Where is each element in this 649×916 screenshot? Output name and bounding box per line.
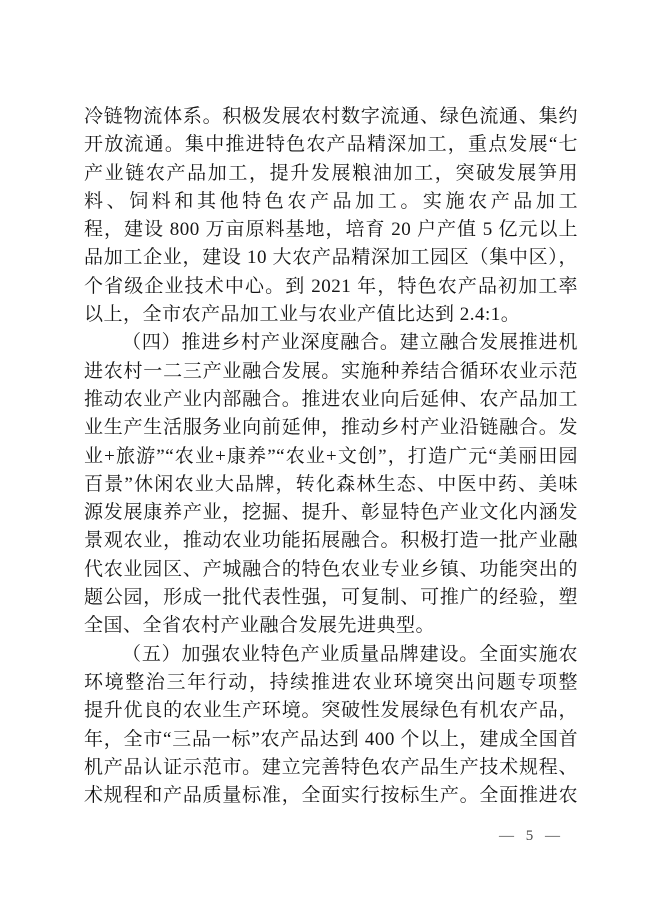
document-body: 冷链物流体系。积极发展农村数字流通、绿色流通、集约流通和开放流通。集中推进特色农… [84,103,578,810]
page-number: — 5 — [499,828,564,845]
text-line: 产业链农产品加工，提升发展粮油加工，突破发展笋用竹、软饮 [84,160,578,188]
text-line: 环境整治三年行动，持续推进农业环境突出问题专项整治，巩固 [84,669,578,697]
text-line: 年，全市“三品一标”农产品达到 400 个以上，建成全国首批有 [84,726,578,754]
text-line: 题公园，形成一批代表性强，可复制、可推广的经验，塑造一批 [84,584,578,612]
text-line: 机产品认证示范市。建立完善特色农产品生产技术规程、加工技 [84,754,578,782]
text-line: 推动农业产业内部融合。推进农业向后延伸、农产品加工业和农 [84,386,578,414]
text-line: 个省级企业技术中心。到 2021 年，特色农产品初加工率达 60% [84,273,578,301]
text-line: 程，建设 800 万亩原料基地，培育 20 户产值 5 亿元以上的农产 [84,216,578,244]
text-line: 提升优良的农业生产环境。突破性发展绿色有机农产品，到 2020 [84,697,578,725]
text-line: 冷链物流体系。积极发展农村数字流通、绿色流通、集约流通和 [84,103,578,131]
text-line: 业+旅游”“农业+康养”“农业+文创”，打造广元“美丽田园十乡 [84,443,578,471]
text-line: （五）加强农业特色产业质量品牌建设。全面实施农村人居 [84,641,578,669]
text-line: 品加工企业，建设 10 大农产品精深加工园区（集中区），建设 5 [84,244,578,272]
text-line: 术规程和产品质量标准，全面实行按标生产。全面推进农产品从 [84,782,578,810]
text-line: 料、饲料和其他特色农产品加工。实施农产品加工业“8215”工 [84,188,578,216]
text-line: 业生产生活服务业向前延伸，推动乡村产业沿链融合。发展“农 [84,414,578,442]
text-line: 以上，全市农产品加工业与农业产值比达到 2.4:1。 [84,301,578,329]
text-line: 代农业园区、产城融合的特色农业专业乡镇、功能突出的农业主 [84,556,578,584]
text-line: 进农村一二三产业融合发展。实施种养结合循环农业示范工程， [84,358,578,386]
text-line: 百景”休闲农业大品牌，转化森林生态、中医中药、美味美食资 [84,471,578,499]
text-line: （四）推进乡村产业深度融合。建立融合发展推进机制，推 [84,329,578,357]
text-line: 源发展康养产业，挖掘、提升、彰显特色产业文化内涵发展创意 [84,499,578,527]
text-line: 全国、全省农村产业融合发展先进典型。 [84,612,578,640]
text-line: 开放流通。集中推进特色农产品精深加工，重点发展“七大”全 [84,131,578,159]
text-line: 景观农业，推动农业功能拓展融合。积极打造一批产业融合的现 [84,527,578,555]
document-page: 冷链物流体系。积极发展农村数字流通、绿色流通、集约流通和开放流通。集中推进特色农… [0,0,649,916]
